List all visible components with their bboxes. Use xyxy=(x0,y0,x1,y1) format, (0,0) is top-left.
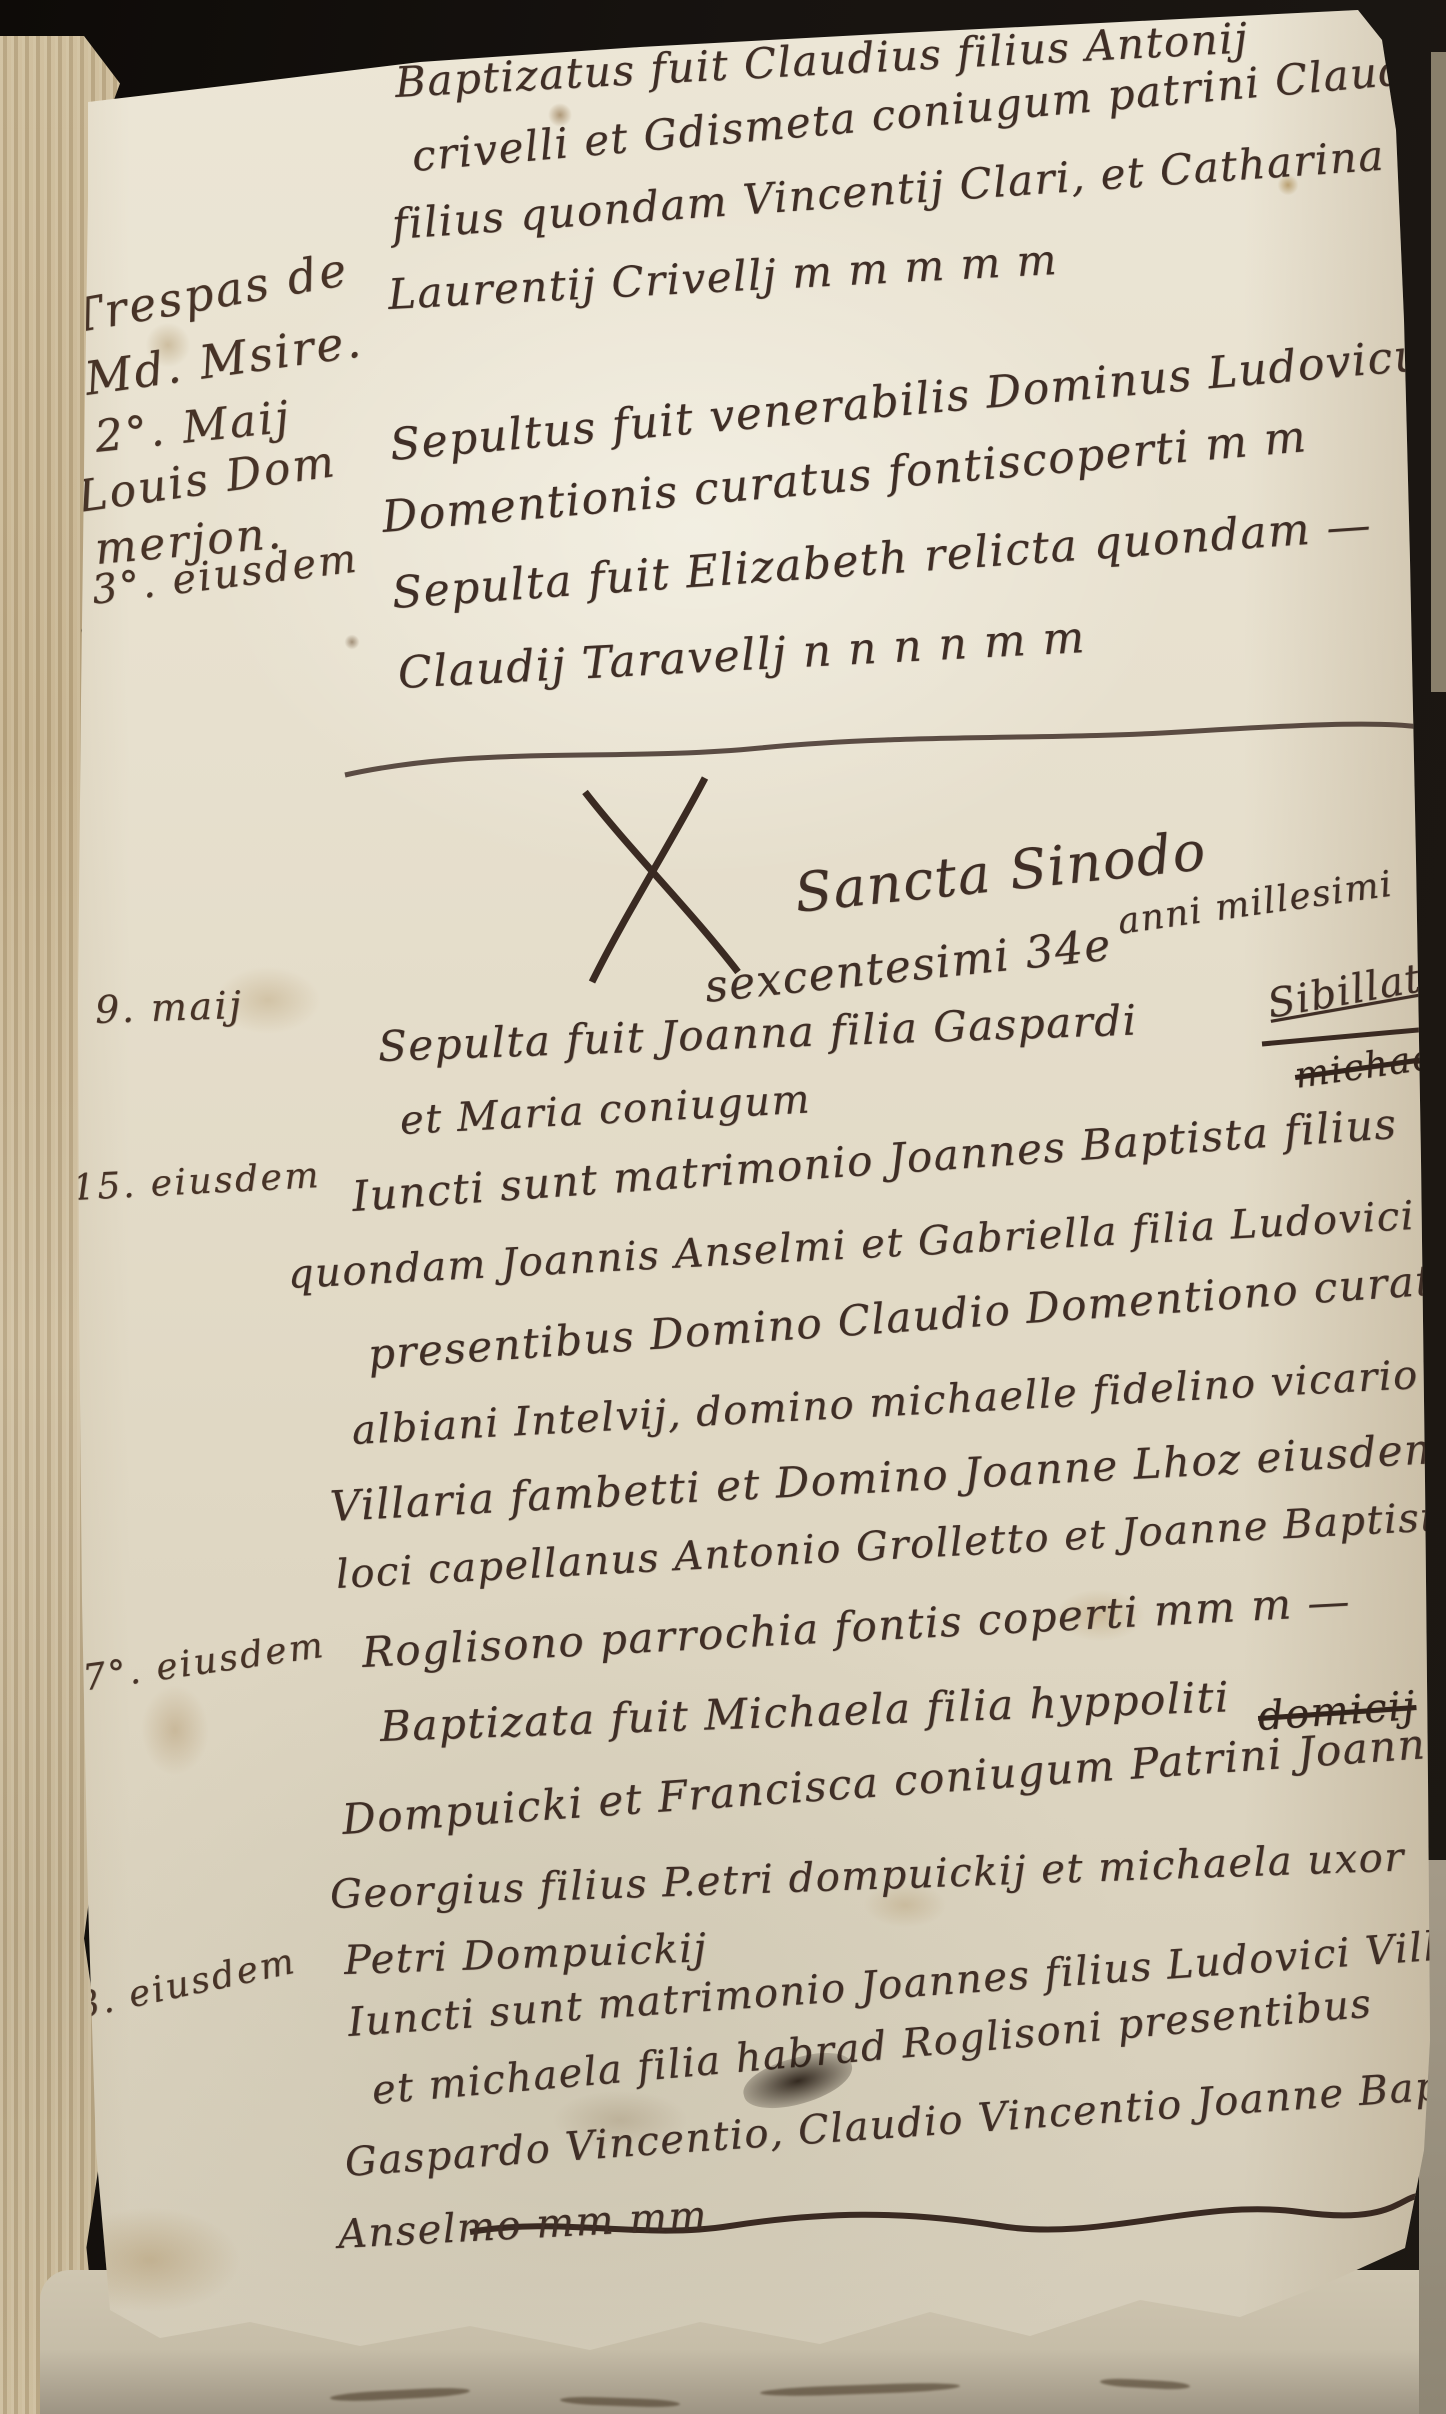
manuscript-line: Claudij Taravellj n n n n m m xyxy=(397,612,1087,699)
margin-date-note: 15. eiusdem xyxy=(71,1155,322,1209)
manuscript-line: Laurentij Crivellj m m m m m xyxy=(387,235,1059,319)
adjacent-page-edge-top-right xyxy=(1431,52,1446,692)
margin-date-note: 9. maij xyxy=(94,983,244,1032)
manuscript-page: 6 b 30. Aprilis Trespas de Md. Msire. 2°… xyxy=(0,0,1446,2414)
flourish-separator-line xyxy=(345,724,1434,775)
manuscript-line: Baptizata fuit Michaela filia hyppoliti xyxy=(379,1672,1230,1751)
manuscript-line: Georgius filius P.etri dompuickij et mic… xyxy=(329,1834,1405,1918)
manuscript-scan: 6 b 30. Aprilis Trespas de Md. Msire. 2°… xyxy=(0,0,1446,2414)
manuscript-line: Anselmo mm mm xyxy=(337,2193,709,2258)
manuscript-line: et Maria coniugum xyxy=(399,1077,812,1144)
margin-date-note: 17°. eiusdem xyxy=(55,1625,328,1703)
manuscript-line: Petri Dompuickij xyxy=(343,1925,708,1984)
inserted-surname: Sibillattij xyxy=(1264,947,1446,1027)
cross-mark xyxy=(592,778,705,982)
manuscript-line: Roglisono parrochia fontis coperti mm m … xyxy=(361,1576,1352,1677)
cross-mark xyxy=(585,792,738,972)
struck-surname: michaelij xyxy=(1292,1031,1446,1097)
